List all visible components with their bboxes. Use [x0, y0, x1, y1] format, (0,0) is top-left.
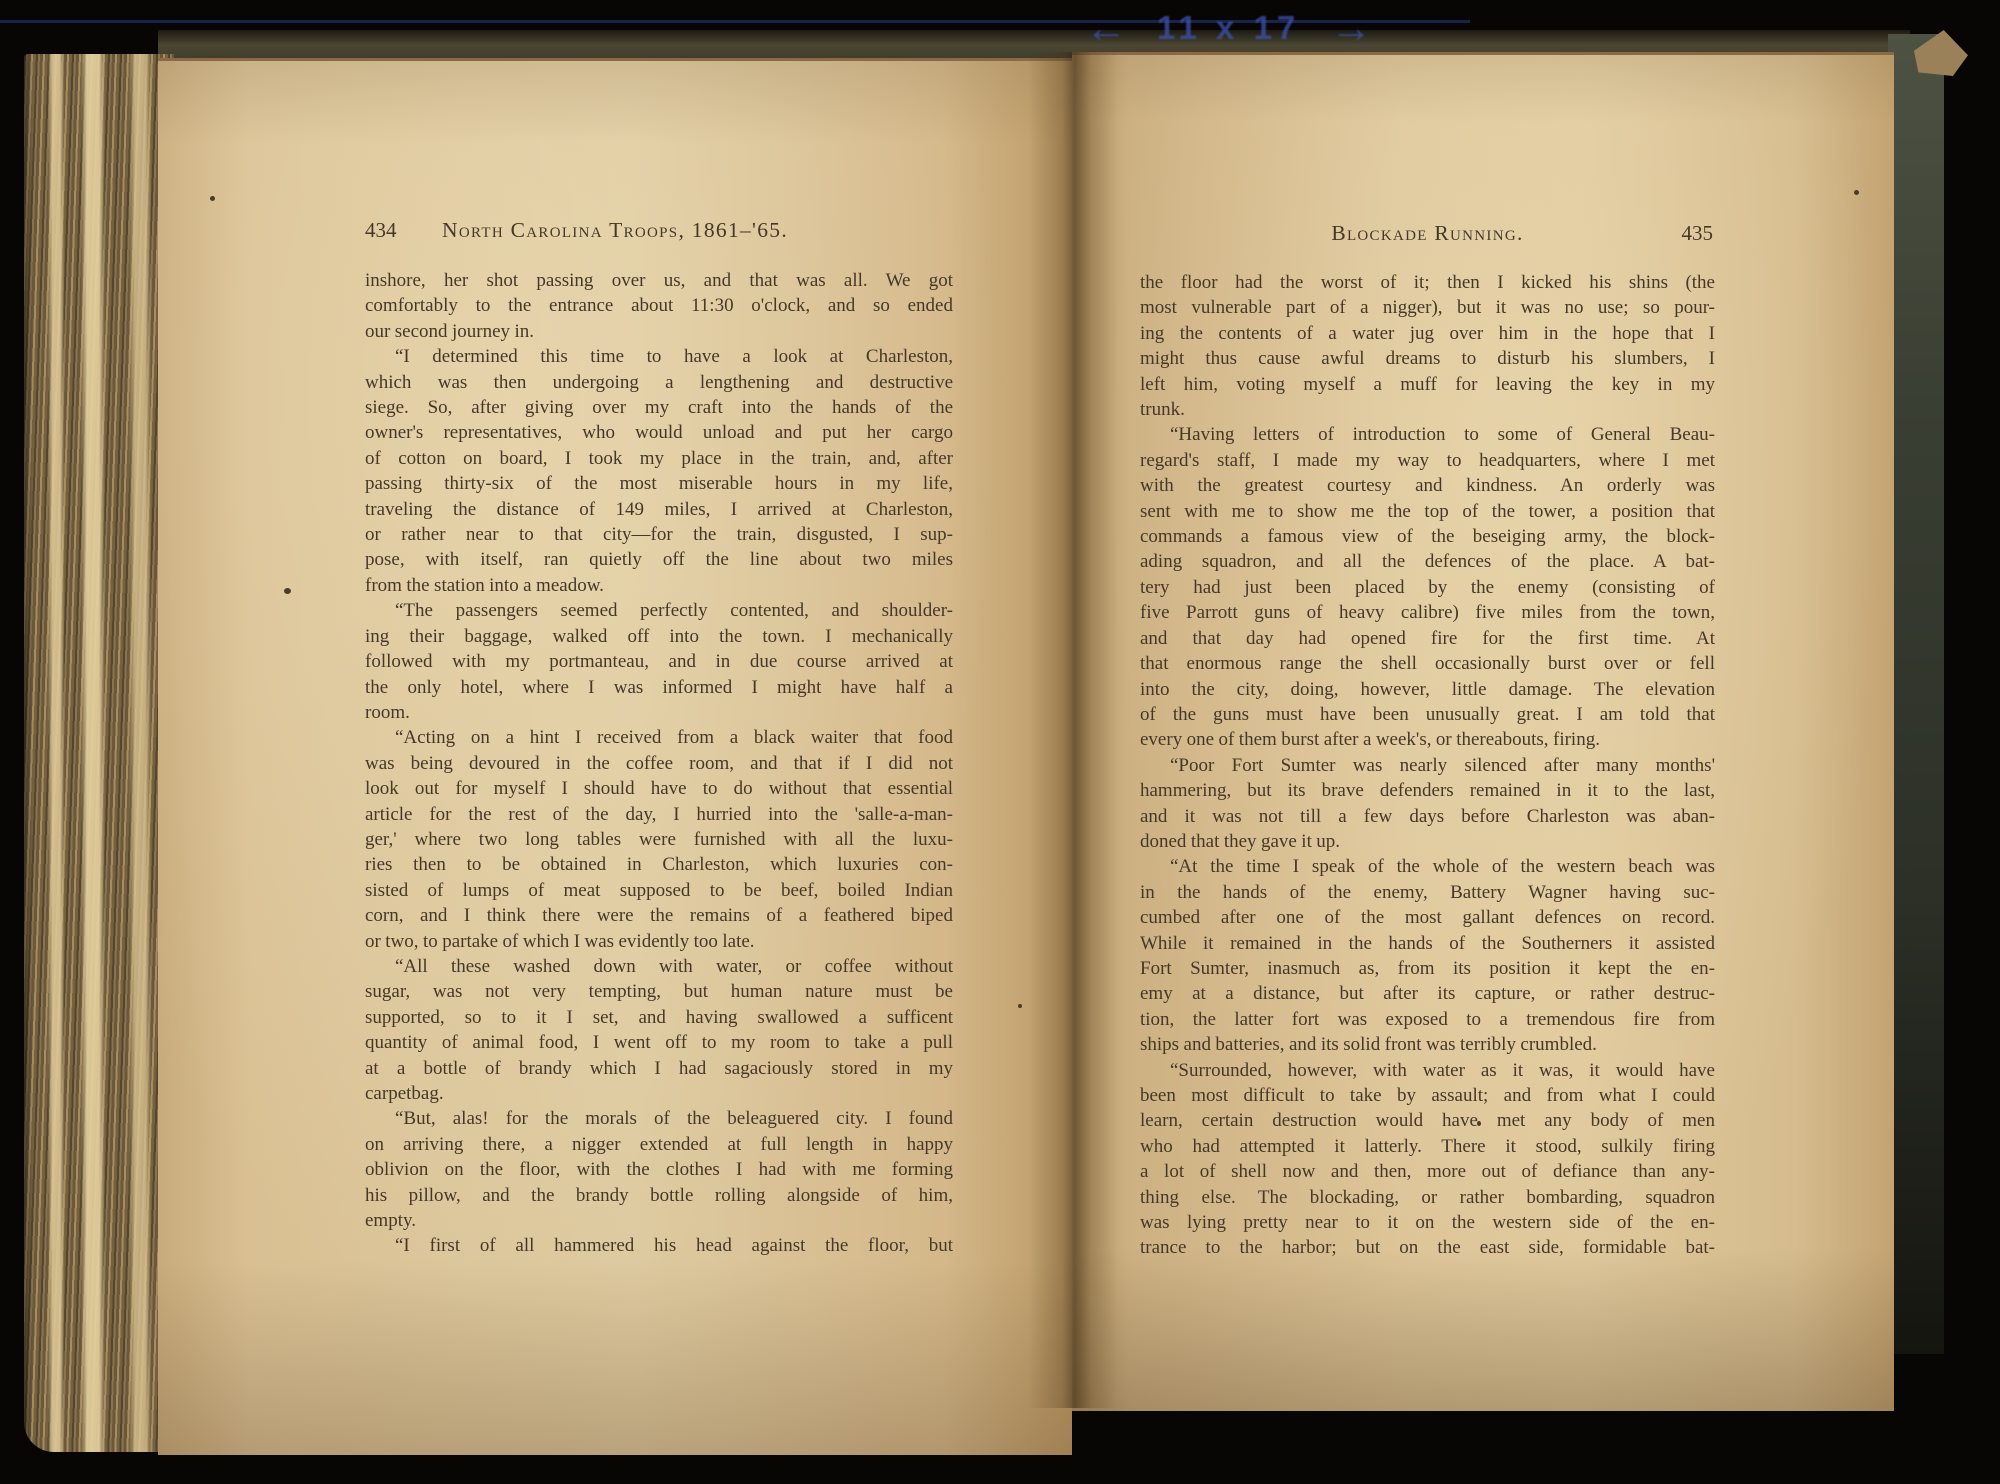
text-line: from the station into a meadow. — [365, 573, 953, 598]
text-line: been most difficult to take by assault; … — [1140, 1083, 1715, 1108]
right-running-header: Blockade Running. — [1140, 221, 1715, 246]
text-line: and that day had opened fire for the fir… — [1140, 626, 1715, 651]
paragraph: “Having letters of introduction to some … — [1140, 422, 1715, 752]
left-page-body: inshore, her shot passing over us, and t… — [365, 268, 953, 1259]
ink-speck — [284, 588, 291, 594]
paragraph: “But, alas! for the morals of the beleag… — [365, 1106, 953, 1233]
book-scan: ← 11 x 17 → 434 North Carolina Troops, 1… — [0, 0, 2000, 1484]
right-arrow-icon: → — [1330, 7, 1372, 49]
left-arrow-icon: ← — [1085, 7, 1127, 49]
right-page-number: 435 — [1682, 221, 1714, 246]
text-line: ries then to be obtained in Charleston, … — [365, 852, 953, 877]
left-page-header: 434 North Carolina Troops, 1861–'65. — [365, 218, 953, 246]
paragraph: “Surrounded, however, with water as it w… — [1140, 1058, 1715, 1261]
text-line: look out for myself I should have to do … — [365, 776, 953, 801]
text-line: a lot of shell now and then, more out of… — [1140, 1159, 1715, 1184]
text-line: Fort Sumter, inasmuch as, from its posit… — [1140, 956, 1715, 981]
text-line: room. — [365, 700, 953, 725]
paragraph: the floor had the worst of it; then I ki… — [1140, 270, 1715, 422]
text-line: trunk. — [1140, 397, 1715, 422]
text-line: the floor had the worst of it; then I ki… — [1140, 270, 1715, 295]
text-line: “Surrounded, however, with water as it w… — [1140, 1058, 1715, 1083]
text-line: oblivion on the floor, with the clothes … — [365, 1157, 953, 1182]
text-line: “Having letters of introduction to some … — [1140, 422, 1715, 447]
text-line: might thus cause awful dreams to disturb… — [1140, 346, 1715, 371]
left-page-text: 434 North Carolina Troops, 1861–'65. ins… — [365, 218, 953, 1259]
text-line: comfortably to the entrance about 11:30 … — [365, 293, 953, 318]
text-line: ships and batteries, and its solid front… — [1140, 1032, 1715, 1057]
ink-speck — [210, 196, 215, 201]
text-line: ing the contents of a water jug over him… — [1140, 321, 1715, 346]
left-running-header: North Carolina Troops, 1861–'65. — [421, 218, 809, 243]
text-line: trance to the harbor; but on the east si… — [1140, 1235, 1715, 1260]
text-line: “Acting on a hint I received from a blac… — [365, 725, 953, 750]
ink-speck — [1477, 1121, 1481, 1126]
text-line: in the hands of the enemy, Battery Wagne… — [1140, 880, 1715, 905]
text-line: “Poor Fort Sumter was nearly silenced af… — [1140, 753, 1715, 778]
text-line: our second journey in. — [365, 319, 953, 344]
text-line: quantity of animal food, I went off to m… — [365, 1030, 953, 1055]
ink-speck — [1018, 1004, 1022, 1008]
paragraph: “Poor Fort Sumter was nearly silenced af… — [1140, 753, 1715, 855]
text-line: carpetbag. — [365, 1081, 953, 1106]
text-line: empty. — [365, 1208, 953, 1233]
text-line: with the greatest courtesy and kindness.… — [1140, 473, 1715, 498]
text-line: hammering, but its brave defenders remai… — [1140, 778, 1715, 803]
text-line: on arriving there, a nigger extended at … — [365, 1132, 953, 1157]
text-line: that enormous range the shell occasional… — [1140, 651, 1715, 676]
page-edges-stack — [24, 54, 174, 1452]
text-line: article for the rest of the day, I hurri… — [365, 802, 953, 827]
text-line: “At the time I speak of the whole of the… — [1140, 854, 1715, 879]
text-line: cumbed after one of the most gallant def… — [1140, 905, 1715, 930]
text-line: ger,' where two long tables were furnish… — [365, 827, 953, 852]
text-line: left him, voting myself a muff for leavi… — [1140, 372, 1715, 397]
text-line: “I first of all hammered his head agains… — [365, 1233, 953, 1258]
text-line: into the city, doing, however, little da… — [1140, 677, 1715, 702]
text-line: or two, to partake of which I was eviden… — [365, 929, 953, 954]
text-line: his pillow, and the brandy bottle rollin… — [365, 1183, 953, 1208]
text-line: tion, the latter fort was exposed to a t… — [1140, 1007, 1715, 1032]
text-line: every one of them burst after a week's, … — [1140, 727, 1715, 752]
text-line: of the guns must have been unusually gre… — [1140, 702, 1715, 727]
right-page-text: Blockade Running. 435 the floor had the … — [1140, 221, 1715, 1261]
left-page-number: 434 — [365, 218, 397, 243]
text-line: or rather near to that city—for the trai… — [365, 522, 953, 547]
text-line: ing their baggage, walked off into the t… — [365, 624, 953, 649]
text-line: was lying pretty near to it on the weste… — [1140, 1210, 1715, 1235]
paragraph: “Acting on a hint I received from a blac… — [365, 725, 953, 954]
text-line: siege. So, after giving over my craft in… — [365, 395, 953, 420]
paragraph: “I determined this time to have a look a… — [365, 344, 953, 598]
paragraph: “At the time I speak of the whole of the… — [1140, 854, 1715, 1057]
gutter-shadow — [1028, 52, 1118, 1408]
text-line: While it remained in the hands of the So… — [1140, 931, 1715, 956]
scanner-size-label: 11 x 17 — [1157, 9, 1300, 47]
right-page-header: Blockade Running. 435 — [1140, 221, 1715, 249]
text-line: passing thirty-six of the most miserable… — [365, 471, 953, 496]
paragraph: “The passengers seemed perfectly content… — [365, 598, 953, 725]
text-line: at a bottle of brandy which I had sagaci… — [365, 1056, 953, 1081]
text-line: “I determined this time to have a look a… — [365, 344, 953, 369]
text-line: “All these washed down with water, or co… — [365, 954, 953, 979]
text-line: tery had just been placed by the enemy (… — [1140, 575, 1715, 600]
ink-speck — [1854, 190, 1859, 195]
text-line: of cotton on board, I took my place in t… — [365, 446, 953, 471]
text-line: sugar, was not very tempting, but human … — [365, 979, 953, 1004]
text-line: regard's staff, I made my way to headqua… — [1140, 448, 1715, 473]
text-line: pose, with itself, ran quietly off the l… — [365, 547, 953, 572]
text-line: and it was not till a few days before Ch… — [1140, 804, 1715, 829]
text-line: emy at a distance, but after its capture… — [1140, 981, 1715, 1006]
text-line: five Parrott guns of heavy calibre) five… — [1140, 600, 1715, 625]
text-line: the only hotel, where I was informed I m… — [365, 675, 953, 700]
scanner-size-annotation: ← 11 x 17 → — [1085, 2, 1372, 54]
text-line: inshore, her shot passing over us, and t… — [365, 268, 953, 293]
text-line: “But, alas! for the morals of the beleag… — [365, 1106, 953, 1131]
text-line: sent with me to show me the top of the t… — [1140, 499, 1715, 524]
text-line: followed with my portmanteau, and in due… — [365, 649, 953, 674]
right-page-body: the floor had the worst of it; then I ki… — [1140, 270, 1715, 1261]
text-line: which was then undergoing a lengthening … — [365, 370, 953, 395]
text-line: learn, certain destruction would have me… — [1140, 1108, 1715, 1133]
text-line: ading squadron, and all the defences of … — [1140, 549, 1715, 574]
text-line: thing else. The blockading, or rather bo… — [1140, 1185, 1715, 1210]
text-line: owner's representatives, who would unloa… — [365, 420, 953, 445]
text-line: was being devoured in the coffee room, a… — [365, 751, 953, 776]
text-line: who had attempted it latterly. There it … — [1140, 1134, 1715, 1159]
paragraph: inshore, her shot passing over us, and t… — [365, 268, 953, 344]
text-line: “The passengers seemed perfectly content… — [365, 598, 953, 623]
text-line: sisted of lumps of meat supposed to be b… — [365, 878, 953, 903]
book-cover-edge — [1888, 34, 1944, 1354]
text-line: commands a famous view of the beseiging … — [1140, 524, 1715, 549]
text-line: doned that they gave it up. — [1140, 829, 1715, 854]
text-line: corn, and I think there were the remains… — [365, 903, 953, 928]
paragraph: “I first of all hammered his head agains… — [365, 1233, 953, 1258]
text-line: most vulnerable part of a nigger), but i… — [1140, 295, 1715, 320]
text-line: supported, so to it I set, and having sw… — [365, 1005, 953, 1030]
text-line: traveling the distance of 149 miles, I a… — [365, 497, 953, 522]
paragraph: “All these washed down with water, or co… — [365, 954, 953, 1106]
